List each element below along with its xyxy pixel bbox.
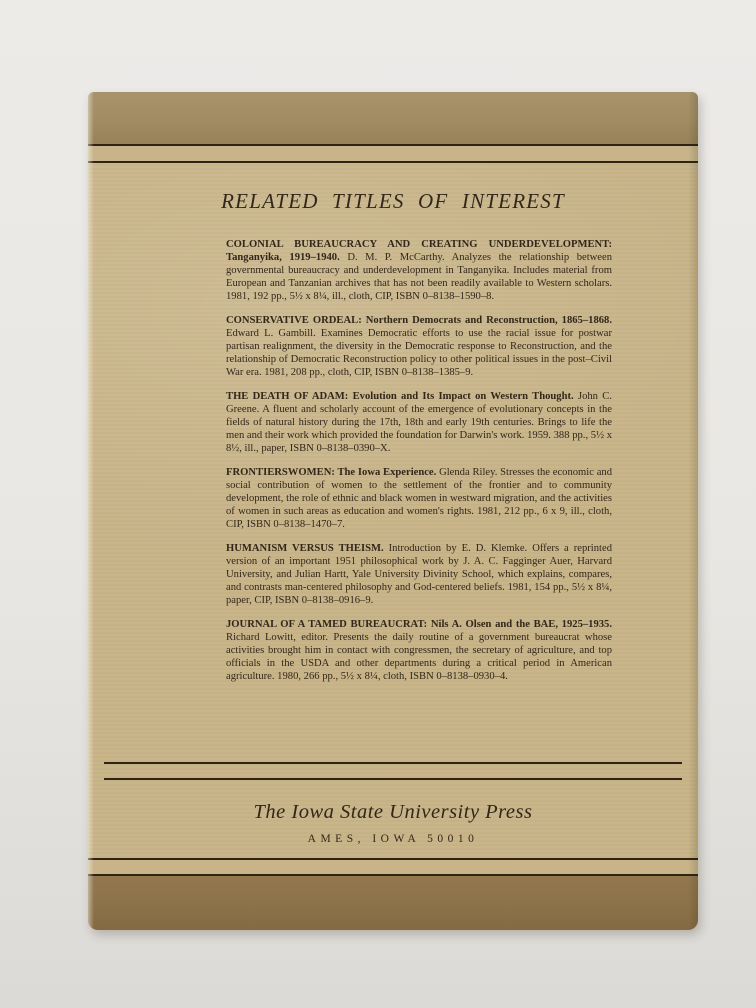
listing: JOURNAL OF A TAMED BUREAUCRAT: Nils A. O… bbox=[226, 618, 612, 683]
listing-title: FRONTIERSWOMEN: The Iowa Experience. bbox=[226, 467, 436, 478]
back-panel: RELATED TITLES OF INTEREST COLONIAL BURE… bbox=[88, 163, 698, 858]
book-back-cover: RELATED TITLES OF INTEREST COLONIAL BURE… bbox=[88, 92, 698, 930]
listing: COLONIAL BUREAUCRACY AND CREATING UNDERD… bbox=[226, 238, 612, 303]
listing-title: CONSERVATIVE ORDEAL: Northern Democrats … bbox=[226, 315, 612, 326]
listing: CONSERVATIVE ORDEAL: Northern Democrats … bbox=[226, 314, 612, 379]
publisher-rule-lower bbox=[104, 778, 682, 780]
listing-description: Edward L. Gambill. Examines Democratic e… bbox=[226, 328, 612, 378]
top-strip bbox=[88, 146, 698, 161]
bottom-cover-band bbox=[88, 876, 698, 930]
listing-description: Richard Lowitt, editor. Presents the dai… bbox=[226, 632, 612, 682]
photo-background: { "colors":{ "photo-bg":"#e9e7e3", "cove… bbox=[0, 0, 756, 1008]
publisher-block: The Iowa State University Press AMES, IO… bbox=[88, 762, 698, 858]
listing-title: HUMANISM VERSUS THEISM. bbox=[226, 543, 384, 554]
top-cover-band bbox=[88, 92, 698, 144]
related-titles-heading: RELATED TITLES OF INTEREST bbox=[88, 189, 698, 214]
listings-block: COLONIAL BUREAUCRACY AND CREATING UNDERD… bbox=[226, 238, 612, 694]
publisher-address: AMES, IOWA 50010 bbox=[88, 833, 698, 845]
listing: THE DEATH OF ADAM: Evolution and Its Imp… bbox=[226, 390, 612, 455]
publisher-name: The Iowa State University Press bbox=[88, 801, 698, 824]
listing: FRONTIERSWOMEN: The Iowa Experience. Gle… bbox=[226, 466, 612, 531]
listing-title: JOURNAL OF A TAMED BUREAUCRAT: Nils A. O… bbox=[226, 619, 612, 630]
publisher-rule-upper bbox=[104, 762, 682, 764]
listing-title: THE DEATH OF ADAM: Evolution and Its Imp… bbox=[226, 391, 574, 402]
bottom-strip bbox=[88, 860, 698, 874]
listing: HUMANISM VERSUS THEISM. Introduction by … bbox=[226, 542, 612, 607]
